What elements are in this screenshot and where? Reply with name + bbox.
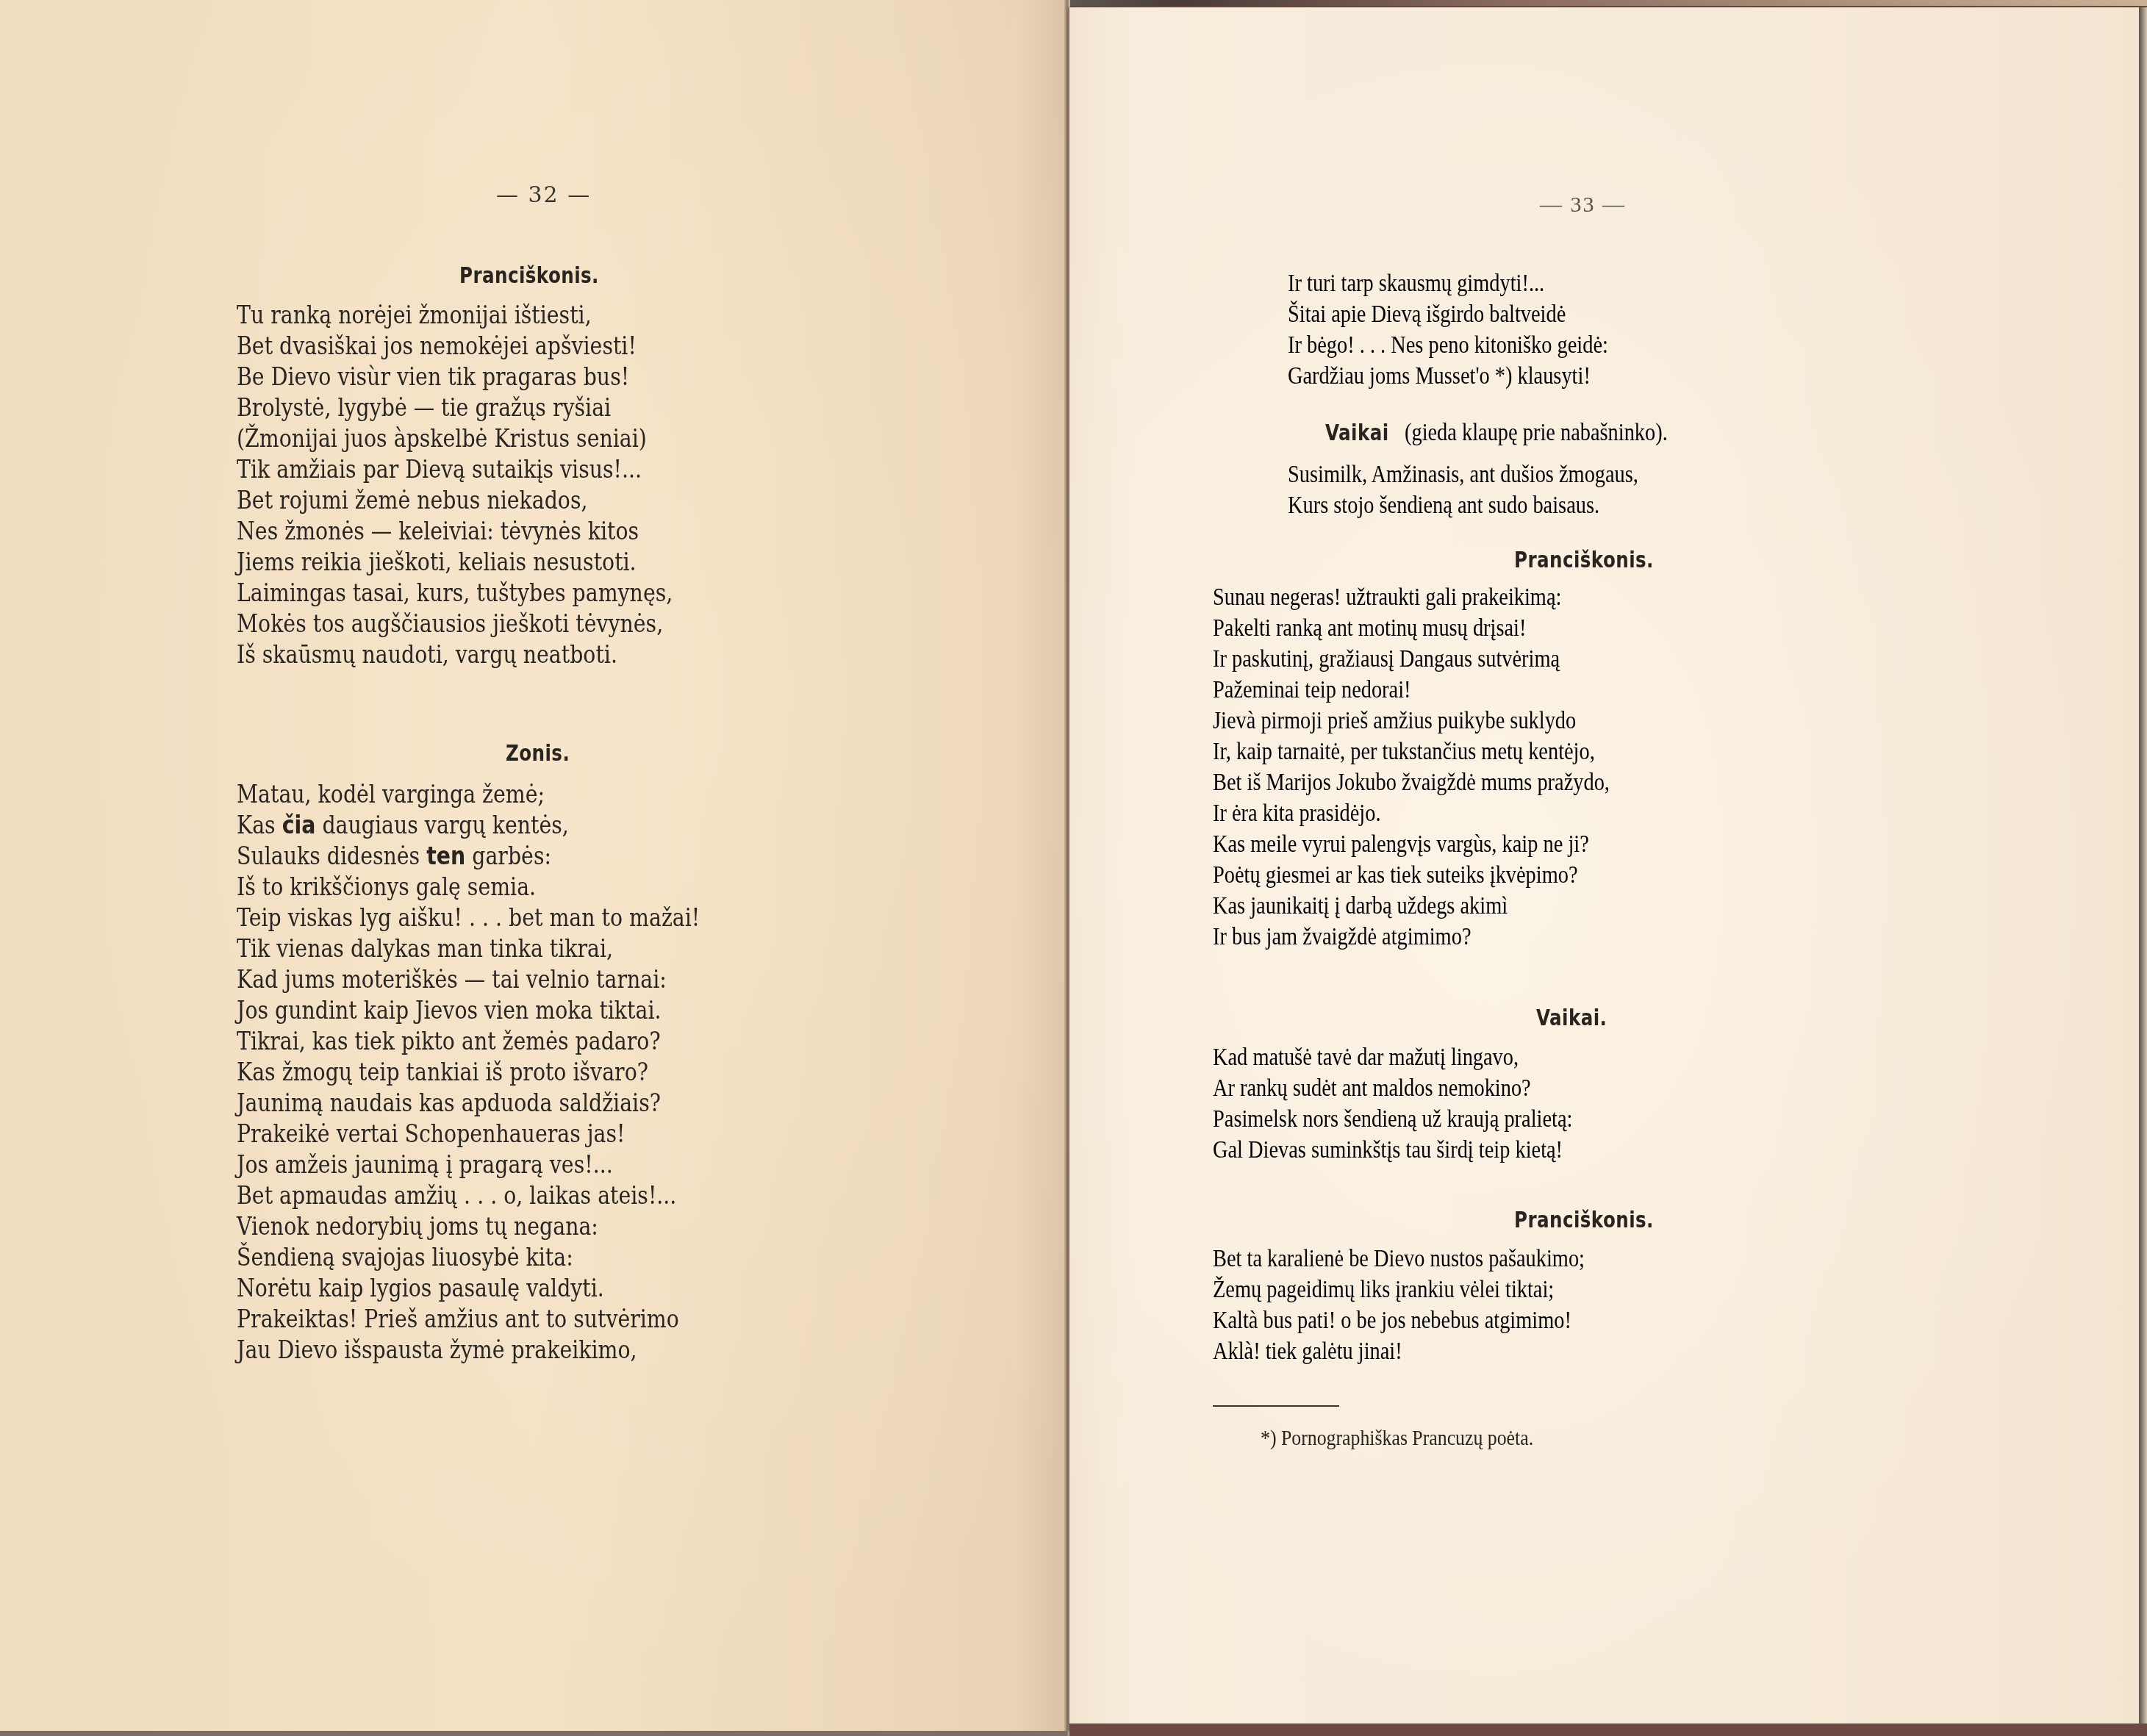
speaker-name: Vaikai. [1536, 1005, 1607, 1031]
speaker-heading: Pranciškonis. [459, 263, 629, 289]
verse-block: Matau, kodėl varginga žemė; Kas čia daug… [237, 779, 775, 1366]
verse-line: Tik amžiais par Dievą sutaikįs visus!... [237, 454, 673, 485]
verse-line: Sunau negeras! užtraukti gali prakeikimą… [1213, 582, 1610, 613]
page-edge [2139, 7, 2147, 1727]
emphasis-word: čia [282, 811, 316, 839]
verse-line: Poėtų giesmei ar kas tiek suteiks įkvėpi… [1213, 860, 1610, 891]
verse-line: (Žmonijai juos àpskelbė Kristus seniai) [237, 423, 673, 454]
verse-line: Kas čia daugiaus vargų kentės, [237, 810, 700, 841]
verse-line: Aklà! tiek galėtu jinai! [1213, 1336, 1585, 1367]
verse-line: Ir ėra kita prasidėjo. [1213, 798, 1610, 829]
verse-line: Mokės tos augščiausios jieškoti tėvynės, [237, 609, 673, 639]
verse-line: Pakelti ranką ant motinų musų drįsai! [1213, 613, 1610, 644]
verse-line: Tikrai, kas tiek pikto ant žemės padaro? [237, 1026, 700, 1057]
emphasis-word: ten [426, 842, 465, 870]
verse-line: Iš skaūsmų naudoti, vargų neatboti. [237, 639, 673, 670]
verse-text: Sulauks didesnės [237, 842, 426, 870]
verse-line: Ir turi tarp skausmų gimdyti!... [1288, 268, 1608, 299]
speaker-heading: Zonis. [506, 741, 584, 767]
verse-line: Žemų pageidimų liks įrankiu vėlei tiktai… [1213, 1274, 1585, 1305]
verse-line: Kad jums moteriškės — tai velnio tarnai: [237, 964, 700, 995]
verse-line: Bet rojumi žemė nebus niekados, [237, 485, 673, 516]
verse-line: Gardžiau joms Musset'o *) klausyti! [1288, 361, 1608, 392]
verse-line: Susimilk, Amžinasis, ant dušios žmogaus, [1288, 459, 1638, 490]
verse-line: Jos amžeis jaunimą į pragarą ves!... [237, 1149, 700, 1180]
verse-line: Tu ranką norėjei žmonijai ištiesti, [237, 300, 673, 331]
left-page: — 32 — Pranciškonis. Tu ranką norėjei žm… [0, 0, 1067, 1736]
verse-line: Tik vienas dalykas man tinka tikrai, [237, 933, 700, 964]
verse-line: Šendieną svajojas liuosybė kita: [237, 1242, 700, 1273]
verse-line: Be Dievo visùr vien tik pragaras bus! [237, 362, 673, 392]
verse-line: Iš to krikščionys galę semia. [237, 872, 700, 903]
verse-line: Bet apmaudas amžių . . . o, laikas ateis… [237, 1180, 700, 1211]
verse-line: Bet iš Marijos Jokubo žvaigždė mums praž… [1213, 767, 1610, 798]
verse-text: Kas [237, 811, 282, 839]
verse-line: Ir paskutinį, gražiausį Dangaus sutvėrim… [1213, 644, 1610, 675]
verse-block: Susimilk, Amžinasis, ant dušios žmogaus,… [1288, 459, 1696, 521]
verse-line: Sulauks didesnės ten garbės: [237, 841, 700, 872]
verse-line: Gal Dievas suminkštįs tau širdį teip kie… [1213, 1135, 1572, 1166]
verse-line: Kas žmogų teip tankiai iš proto išvaro? [237, 1057, 700, 1088]
verse-text: daugiaus vargų kentės, [315, 811, 568, 839]
verse-line: Ar rankų sudėt ant maldos nemokino? [1213, 1073, 1572, 1104]
verse-line: Kas meile vyrui palengvįs vargùs, kaip n… [1213, 829, 1610, 860]
footnote: *) Pornographiškas Prancuzų poėta. [1261, 1426, 1533, 1451]
binding-edge [1069, 1724, 2147, 1736]
verse-line: Prakeiktas! Prieš amžius ant to sutvėrim… [237, 1304, 700, 1335]
verse-line: Laimingas tasai, kurs, tuštybes pamynęs, [237, 578, 673, 609]
speaker-heading: Pranciškonis. [1514, 1208, 1684, 1233]
verse-line: Ir, kaip tarnaitė, per tukstančius metų … [1213, 736, 1610, 767]
verse-line: Prakeikė vertai Schopenhaueras jas! [237, 1119, 700, 1149]
footnote-divider [1213, 1405, 1339, 1407]
verse-line: Bet ta karalienė be Dievo nustos pašauki… [1213, 1244, 1585, 1274]
verse-block: Tu ranką norėjei žmonijai ištiesti, Bet … [237, 300, 744, 670]
verse-line: Brolystė, lygybė — tie gražųs ryšiai [237, 392, 673, 423]
verse-line: Jievà pirmoji prieš amžius puikybe sukly… [1213, 706, 1610, 736]
book-spread: — 32 — Pranciškonis. Tu ranką norėjei žm… [0, 0, 2147, 1736]
speaker-heading: Vaikai. [1536, 1005, 1622, 1031]
verse-line: Jos gundint kaip Jievos vien moka tiktai… [237, 995, 700, 1026]
speaker-name: Pranciškonis. [1514, 1208, 1654, 1233]
verse-line: Jaunimą naudais kas apduoda saldžiais? [237, 1088, 700, 1119]
speaker-heading: Vaikai (gieda klaupę prie nabašninko). [1325, 417, 1710, 448]
verse-line: Pasimelsk nors šendieną už kraują pralie… [1213, 1104, 1572, 1135]
verse-line: Jau Dievo išspausta žymė prakeikimo, [237, 1335, 700, 1366]
verse-line: Kad matušė tavė dar mažutį lingavo, [1213, 1042, 1572, 1073]
verse-text: garbės: [465, 842, 551, 870]
verse-line: Kas jaunikaitį į darbą uždegs akimì [1213, 891, 1610, 922]
verse-line: Pažeminai teip nedorai! [1213, 675, 1610, 706]
verse-line: Kurs stojo šendieną ant sudo baisaus. [1288, 490, 1638, 521]
verse-line: Šitai apie Dievą išgirdo baltveidė [1288, 299, 1608, 330]
page-number: — 33 — [1540, 193, 1626, 218]
verse-line: Vienok nedorybių joms tų negana: [237, 1211, 700, 1242]
verse-line: Norėtu kaip lygios pasaulę valdyti. [237, 1273, 700, 1304]
speaker-name: Pranciškonis. [1514, 548, 1654, 573]
verse-line: Nes žmonės — keleiviai: tėvynės kitos [237, 516, 673, 547]
page-number: — 32 — [496, 182, 591, 208]
verse-block: Kad matušė tavė dar mažutį lingavo, Ar r… [1213, 1042, 1631, 1166]
verse-line: Jiems reikia jieškoti, keliais nesustoti… [237, 547, 673, 578]
verse-line: Teip viskas lyg aišku! . . . bet man to … [237, 903, 700, 933]
verse-line: Matau, kodėl varginga žemė; [237, 779, 700, 810]
verse-line: Bet dvasiškai jos nemokėjei apšviesti! [237, 331, 673, 362]
verse-line: Kaltà bus pati! o be jos nebebus atgimim… [1213, 1305, 1585, 1336]
stage-direction: (gieda klaupę prie nabašninko). [1405, 417, 1668, 448]
speaker-name: Vaikai [1325, 418, 1389, 449]
bottom-edge [0, 1731, 1067, 1736]
verse-block: Ir turi tarp skausmų gimdyti!... Šitai a… [1288, 268, 1660, 392]
speaker-name: Zonis. [506, 741, 570, 767]
verse-block: Sunau negeras! užtraukti gali prakeikimą… [1213, 582, 1674, 953]
speaker-heading: Pranciškonis. [1514, 548, 1684, 573]
verse-block: Bet ta karalienė be Dievo nustos pašauki… [1213, 1244, 1645, 1367]
verse-line: Ir bėgo! . . . Nes peno kitoniško geidė: [1288, 330, 1608, 361]
verse-line: Ir bus jam žvaigždė atgimimo? [1213, 922, 1610, 953]
speaker-name: Pranciškonis. [459, 263, 599, 289]
